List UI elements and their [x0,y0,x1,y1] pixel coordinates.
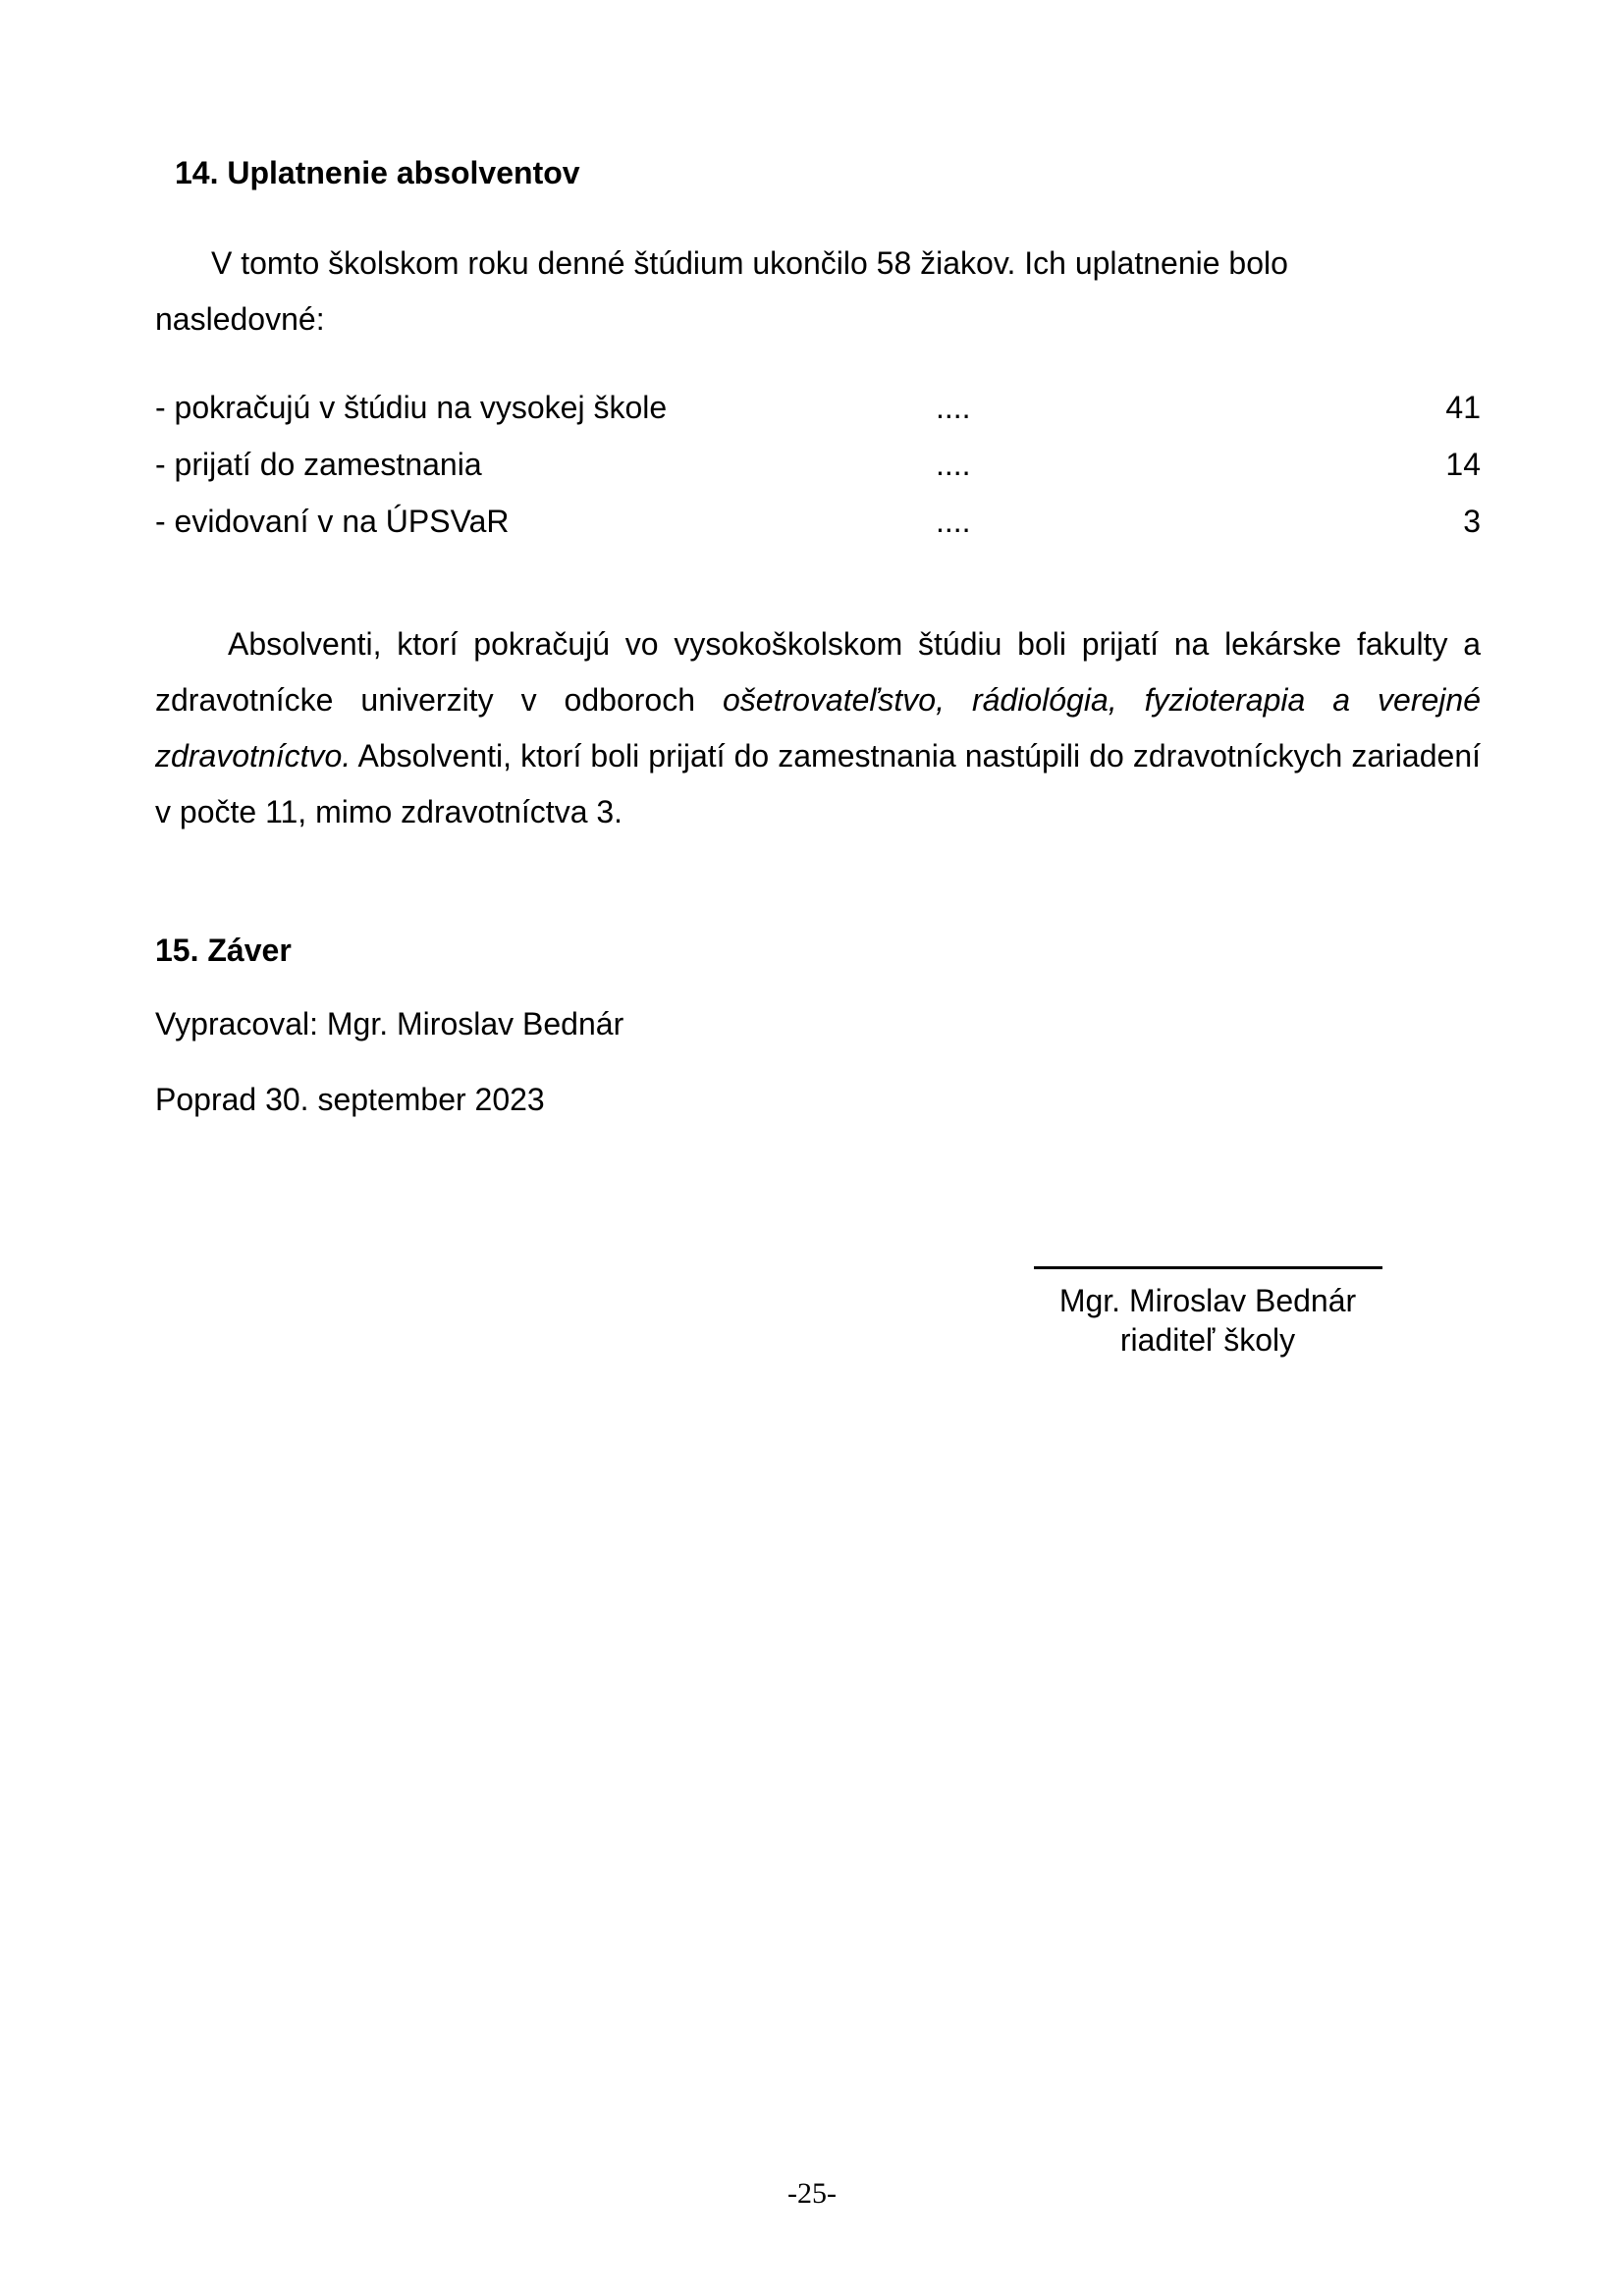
list-item: - pokračujú v štúdiu na vysokej škole ..… [155,390,1481,429]
prepared-by: Vypracoval: Mgr. Miroslav Bednár [155,1006,623,1042]
item-label: - prijatí do zamestnania [155,447,482,483]
section-14-heading: 14. Uplatnenie absolventov [175,155,580,191]
section-15-heading: 15. Záver [155,933,292,969]
signature-line [1034,1266,1382,1269]
signature-block: Mgr. Miroslav Bednár riaditeľ školy [1021,1266,1394,1360]
place-date: Poprad 30. september 2023 [155,1082,545,1118]
list-item: - prijatí do zamestnania .... 14 [155,447,1481,486]
item-label: - pokračujú v štúdiu na vysokej škole [155,390,667,426]
item-label: - evidovaní v na ÚPSVaR [155,504,509,540]
list-item: - evidovaní v na ÚPSVaR .... 3 [155,504,1481,543]
item-value: 14 [1445,447,1481,483]
item-dots: .... [936,390,971,426]
signature-name: Mgr. Miroslav Bednár [1021,1281,1394,1320]
paragraph-text-2: Absolventi, ktorí boli prijatí do zamest… [155,738,1481,829]
item-dots: .... [936,447,971,483]
signature-title: riaditeľ školy [1021,1320,1394,1360]
item-value: 3 [1463,504,1481,540]
graduates-paragraph: Absolventi, ktorí pokračujú vo vysokoško… [155,616,1481,840]
intro-line-1: V tomto školskom roku denné štúdium ukon… [211,245,1288,282]
intro-line-2: nasledovné: [155,301,325,338]
page-number: -25- [0,2177,1624,2211]
item-value: 41 [1445,390,1481,426]
item-dots: .... [936,504,971,540]
